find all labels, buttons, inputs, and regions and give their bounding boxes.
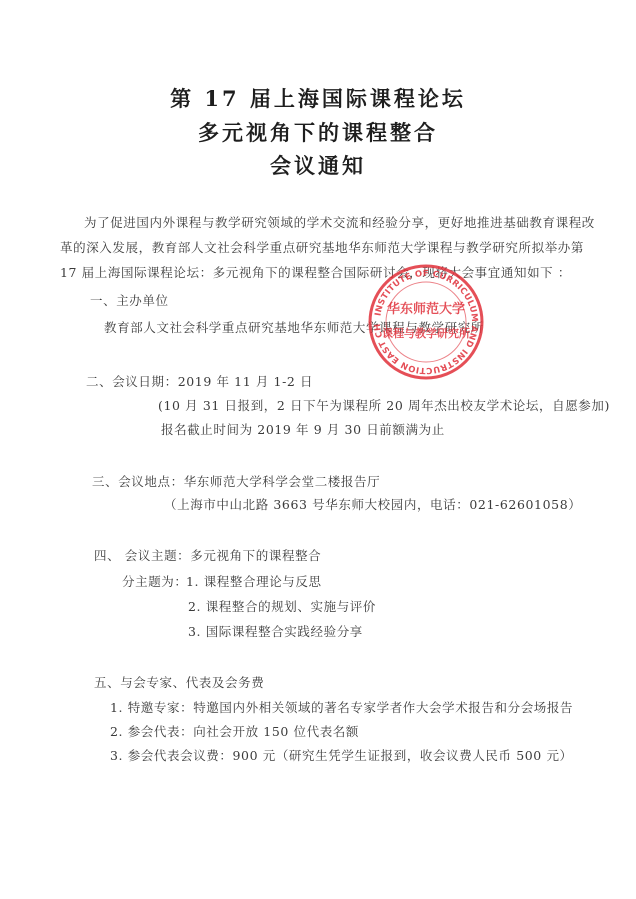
participant-item: 1. 特邀专家：特邀国内外相关领域的著名专家学者作大会学术报告和分会场报告 xyxy=(110,698,573,716)
section-date-note-2: 报名截止时间为 2019 年 9 月 30 日前额满为止 xyxy=(161,420,445,438)
intro-line-1: 为了促进国内外课程与教学研究领域的学术交流和经验分享，更好地推进基础教育课程改 xyxy=(84,213,595,231)
section-theme-sub-label: 分主题为： xyxy=(122,572,188,590)
title-line-3: 会议通知 xyxy=(0,150,636,180)
section-venue-address: （上海市中山北路 3663 号华东师大校园内，电话：021-62601058） xyxy=(164,495,581,513)
participant-item: 3. 参会代表会议费：900 元（研究生凭学生证报到，收会议费人民币 500 元… xyxy=(110,746,573,764)
section-date-heading: 二、会议日期：2019 年 11 月 1-2 日 xyxy=(86,372,313,390)
section-organizer-body: 教育部人文社会科学重点研究基地华东师范大学课程与教学研究所 xyxy=(104,318,484,336)
intro-line-2: 革的深入发展，教育部人文社会科学重点研究基地华东师范大学课程与教学研究所拟举办第 xyxy=(60,238,584,256)
title-line-1: 第 17 届上海国际课程论坛 xyxy=(0,83,636,113)
section-date-note-1: (10 月 31 日报到，2 日下午为课程所 20 周年杰出校友学术论坛，自愿参… xyxy=(158,396,610,414)
subtheme-item: 1. 课程整合理论与反思 xyxy=(186,572,322,590)
subtheme-item: 3. 国际课程整合实践经验分享 xyxy=(188,622,363,640)
section-organizer-heading: 一、主办单位 xyxy=(90,291,169,309)
section-theme-heading: 四、 会议主题：多元视角下的课程整合 xyxy=(94,546,321,564)
section-participants-heading: 五、与会专家、代表及会务费 xyxy=(94,673,264,691)
title-line-2: 多元视角下的课程整合 xyxy=(0,117,636,147)
section-venue-heading: 三、会议地点：华东师范大学科学会堂二楼报告厅 xyxy=(92,472,380,490)
intro-line-3: 17 届上海国际课程论坛：多元视角下的课程整合国际研讨会，现将大会事宜通知如下 … xyxy=(60,263,571,281)
svg-text:华东师范大学: 华东师范大学 xyxy=(387,301,465,317)
participant-item: 2. 参会代表：向社会开放 150 位代表名额 xyxy=(110,722,359,740)
subtheme-item: 2. 课程整合的规划、实施与评价 xyxy=(188,597,376,615)
